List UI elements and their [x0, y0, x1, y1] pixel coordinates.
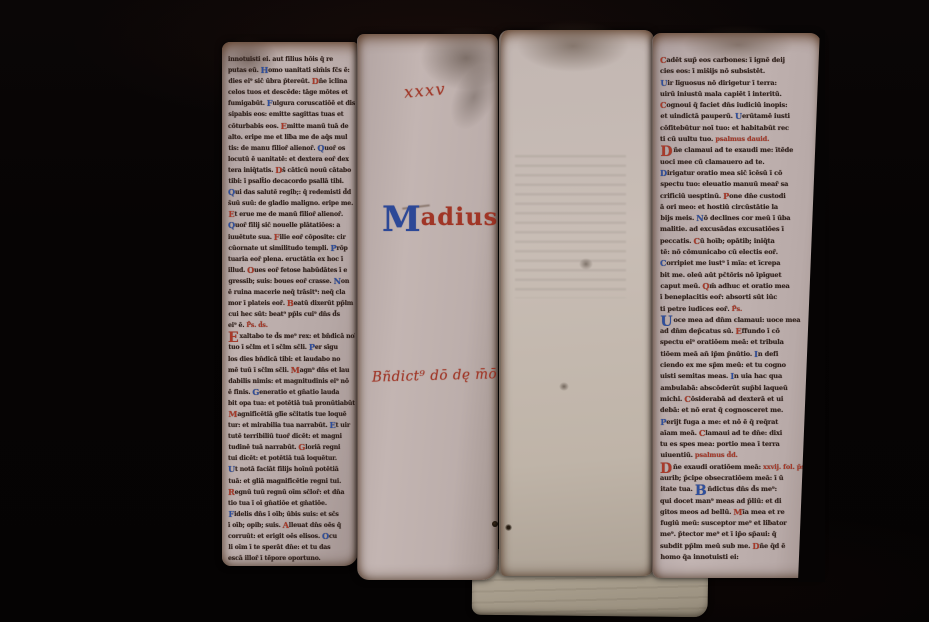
- wormhole: [492, 521, 498, 527]
- text-line: Cognoui q̄ faciet dn̄s iudiciū inopis:: [660, 100, 812, 111]
- text-line: uiuentiū. psalmus d̄d.: [660, 450, 812, 461]
- text-line: Ut notā faciāt filijs hoīnū potētiā: [228, 464, 355, 475]
- left-leaf-text-column: innotuisti ei. aut filius hōis q̄ reputa…: [228, 54, 355, 563]
- text-line: ambulabā: abscōderūt sup̄bi laqueū: [660, 383, 812, 394]
- right-text-leaf: Cadēt sup̄ eos carbones: ī ignē deijcies…: [652, 33, 821, 578]
- text-line: bit me. oleū aūt pc̄tōris nō īpīguet: [660, 270, 812, 281]
- text-line: Regnū tuū regnū oīm sc̄lor̄: et dn̄a: [228, 487, 355, 498]
- text-line: illud. Oues eor̄ fetose habūdātes ī e: [228, 265, 355, 276]
- month-title: Madius.: [382, 202, 508, 237]
- text-line: Fidelis dn̄s ī oīb; ūbis suis: et sc̄s: [228, 509, 355, 520]
- left-text-leaf: innotuisti ei. aut filius hōis q̄ reputa…: [222, 42, 358, 566]
- stain: [517, 20, 629, 72]
- text-line: ī beneplacitis eor̄: absorti sūt iūc: [660, 292, 812, 303]
- text-line: tuo ī sc̄lm et ī sc̄lm sc̄li. Per sīgu: [228, 342, 355, 353]
- text-line: los dies bn̄dicā tibi: et laudabo no: [228, 354, 355, 365]
- text-line: escā illor̄ ī tēpore oportuno.: [228, 553, 355, 563]
- blank-leaf: [499, 30, 654, 576]
- text-line: Dñe clamaui ad te exaudi me: ītēde: [660, 145, 812, 156]
- text-line: uisti semitas meas. In uia hac qua: [660, 371, 812, 382]
- text-line: crificiū uesptinū. Pone dn̄e custodi: [660, 191, 812, 202]
- text-line: tu es spes mea: portio mea ī terra: [660, 439, 812, 450]
- text-line: tuaria eor̄ plena. eructātia ex hoc ī: [228, 254, 355, 265]
- text-line: Qui das salutē regib;: q̄ redemisti d̄d: [228, 187, 355, 198]
- text-line: cies eos: ī mis̄ijs nō subsistēt.: [660, 66, 812, 77]
- month-title-initial: M: [382, 199, 421, 240]
- text-line: ē finis. Generatio et gn̄atio lauda: [228, 387, 355, 398]
- text-line: Magnificētiā glīe sc̄itatis tue loquē: [228, 409, 355, 420]
- right-leaf-text-column: Cadēt sup̄ eos carbones: ī ignē deijcies…: [660, 55, 812, 574]
- text-line: ad dn̄m dep̄catus sū. Effundo ī cō: [660, 326, 812, 337]
- wormhole: [505, 524, 512, 531]
- text-line: me⁹. p̄tector me⁹ et ī ip̄o sp̄aui: q̄: [660, 529, 812, 540]
- text-line: Corripiet me iust⁹ ī mīa: et īcrepa: [660, 258, 812, 269]
- text-line: cūornate ut similitudo templi. Prōp: [228, 243, 355, 254]
- text-line: gitos meos ad bellū. Mīa mea et re: [660, 507, 812, 518]
- text-line: tuā: et gliā magnificētie regni tui.: [228, 476, 355, 487]
- text-line: caput meū. Qm̄ adhuc et oratio mea: [660, 281, 812, 292]
- text-line: tur: et mirabilia tua narrabūt. Et uir: [228, 420, 355, 431]
- text-line: spectu ei⁹ oratiōem meā: et tribula: [660, 337, 812, 348]
- text-line: tiōem meā añ ip̄m p̄nūtio. In defi: [660, 349, 812, 360]
- text-line: cōfitebūtur noī tuo: et habitabūt rec: [660, 123, 812, 134]
- text-line: locutū ē uanitatē: et dextera eor̄ dex: [228, 154, 355, 165]
- text-line: ā ori meo: et hostiū circūstātie la: [660, 202, 812, 213]
- text-line: tudinē tuā narrabūt. Gloriā regni: [228, 442, 355, 453]
- text-line: subdit pp̄lm meū sub me. Dñe q̄d ē: [660, 541, 812, 552]
- text-line: tio tua ī oī gn̄atiōe et gn̄atiōe.: [228, 498, 355, 509]
- text-line: Dñe exaudi oratiōem meā: xxvij. fol. p̄s…: [660, 462, 812, 473]
- text-line: aurib; p̄cipe obsecratiōem meā: ī ū: [660, 473, 812, 484]
- text-line: Cadēt sup̄ eos carbones: ī ignē deij: [660, 55, 812, 66]
- text-line: tutē terribiliū tuor̄ dicēt: et magni: [228, 431, 355, 442]
- text-line: bijs meis. Nō declines cor meū ī ūba: [660, 213, 812, 224]
- quire-number: xxxv: [403, 79, 447, 102]
- text-line: peccatis. Cū hoīb; opātib; iniq̄ta: [660, 236, 812, 247]
- text-line: Exaltabo te d̄s me⁹ rex: et bn̄dicā noī: [228, 331, 355, 342]
- text-line: et uindictā pauperū. Uerūtamē iusti: [660, 111, 812, 122]
- text-line: dabilis nimis: et magnitudinis ei⁹ nō: [228, 376, 355, 387]
- stain: [579, 258, 593, 270]
- text-line: ti petre iudices eor̄. P̄s.: [660, 304, 812, 315]
- text-line: ei⁹ ē. P̄s. d̄s.: [228, 320, 355, 331]
- text-line: innotuisti ei. aut filius hōis q̄ re: [228, 54, 355, 65]
- text-line: mor ī plateis eor̄. Beatū dixerūt pp̄lm: [228, 298, 355, 309]
- text-line: s̄uū suū: de gladio maligno. eripe me.: [228, 198, 355, 209]
- text-line: itate tua. Bñdictus dn̄s d̄s me⁹:: [660, 484, 812, 495]
- text-line: corruūt: et erigit oēs elisos. Ocu: [228, 531, 355, 542]
- text-line: mē tuū ī sc̄lm sc̄li. Magn⁹ dn̄s et lau: [228, 365, 355, 376]
- text-line: Quor̄ filij sic̄ nouelle plātatiōes: a: [228, 220, 355, 231]
- text-line: ciendo ex me sp̄m meū: et tu cogno: [660, 360, 812, 371]
- text-showthrough: [515, 148, 626, 298]
- text-line: tera iniq̄tatis. Ds̄ cāticū nouū cātabo: [228, 165, 355, 176]
- text-line: Dirigatur oratio mea sic̄ īcēsū ī cō: [660, 168, 812, 179]
- text-line: Uoce mea ad dn̄m clamaui: uoce mea: [660, 315, 812, 326]
- text-line: ī oīb; opib; suis. Alleuat dn̄s oēs q̄: [228, 520, 355, 531]
- text-line: tis: de manu filior̄ alienor̄. Quor̄ os: [228, 143, 355, 154]
- text-line: iuuētute sua. Filie eor̄ cōposite: cir: [228, 232, 355, 243]
- text-line: li oīm ī te sperāt dn̄e: et tu das: [228, 542, 355, 553]
- text-line: bit opa tua: et potētiā tuā pronūtiabūt.: [228, 398, 355, 409]
- text-line: Et erue me de manū filior̄ alienor̄.: [228, 209, 355, 220]
- text-line: putas eū. Homo uanitati sim̄is fc̄s ē:: [228, 65, 355, 76]
- calendar-leaf: xxxv Madius. Bñdict⁹ dō dę m̄ō: [357, 34, 498, 580]
- text-line: spectu tuo: eleuatio manuū mear̄ sa: [660, 179, 812, 190]
- month-title-rest: adius.: [421, 202, 508, 231]
- text-line: Uir līguosus nō dirigetur ī terra:: [660, 78, 812, 89]
- stain: [559, 382, 569, 391]
- text-line: alto. eripe me et liƀa me de aq̄s mul: [228, 132, 355, 143]
- text-line: malitie. ad excusādas excusatiōes ī: [660, 224, 812, 235]
- text-line: fumigabūt. Fulgura coruscatiōē et dis: [228, 98, 355, 109]
- red-inscription: Bñdict⁹ dō dę m̄ō: [372, 366, 498, 385]
- text-line: uoci mee cū clamauero ad te.: [660, 157, 812, 168]
- text-line: dies ei⁹ sic̄ ūbra p̄tereūt. Dñe īclina: [228, 76, 355, 87]
- text-line: homo q̄a innotuisti ei:: [660, 552, 812, 563]
- text-line: debā: et nō erat q̄ cognosceret me.: [660, 405, 812, 416]
- text-line: cui hec sūt: beat⁹ pp̄ls cui⁹ dn̄s d̄s: [228, 309, 355, 320]
- text-line: tē: nō cōmunicabo cū electis eor̄.: [660, 247, 812, 258]
- text-line: qui docet man⁹ meas ad p̄liū: et di: [660, 496, 812, 507]
- text-line: gressib; suis: boues eor̄ crasse. Non: [228, 276, 355, 287]
- text-line: tui dicēt: et potētiā tuā loquētur.: [228, 453, 355, 464]
- manuscript-photograph: innotuisti ei. aut filius hōis q̄ reputa…: [0, 0, 929, 622]
- text-line: celos tuos et descēde: tāge mōtes et: [228, 87, 355, 98]
- stain: [441, 57, 507, 137]
- text-line: sipabis eos: emitte sagittas tuas et: [228, 109, 355, 120]
- text-line: aīam meā. Clamaui ad te dn̄e: dixi: [660, 428, 812, 439]
- text-line: ē ruina macerie neq̄ trāsit⁹: neq̄ cla: [228, 287, 355, 298]
- text-line: fugiū meū: susceptor me⁹ et liƀator: [660, 518, 812, 529]
- text-line: michi. Cōsiderabā ad dexterā et ui: [660, 394, 812, 405]
- text-line: tibi: ī psalt̄io decacordo psallā tibi.: [228, 176, 355, 187]
- text-line: cōturbabis eos. Emitte manū tuā de: [228, 121, 355, 132]
- text-line: uirū iniustū mala capiēt ī interitū.: [660, 89, 812, 100]
- text-line: ti cū uultu tuo. psalmus dauid.: [660, 134, 812, 145]
- text-line: Perijt fuga a me: et nō ē q̄ req̄rat: [660, 417, 812, 428]
